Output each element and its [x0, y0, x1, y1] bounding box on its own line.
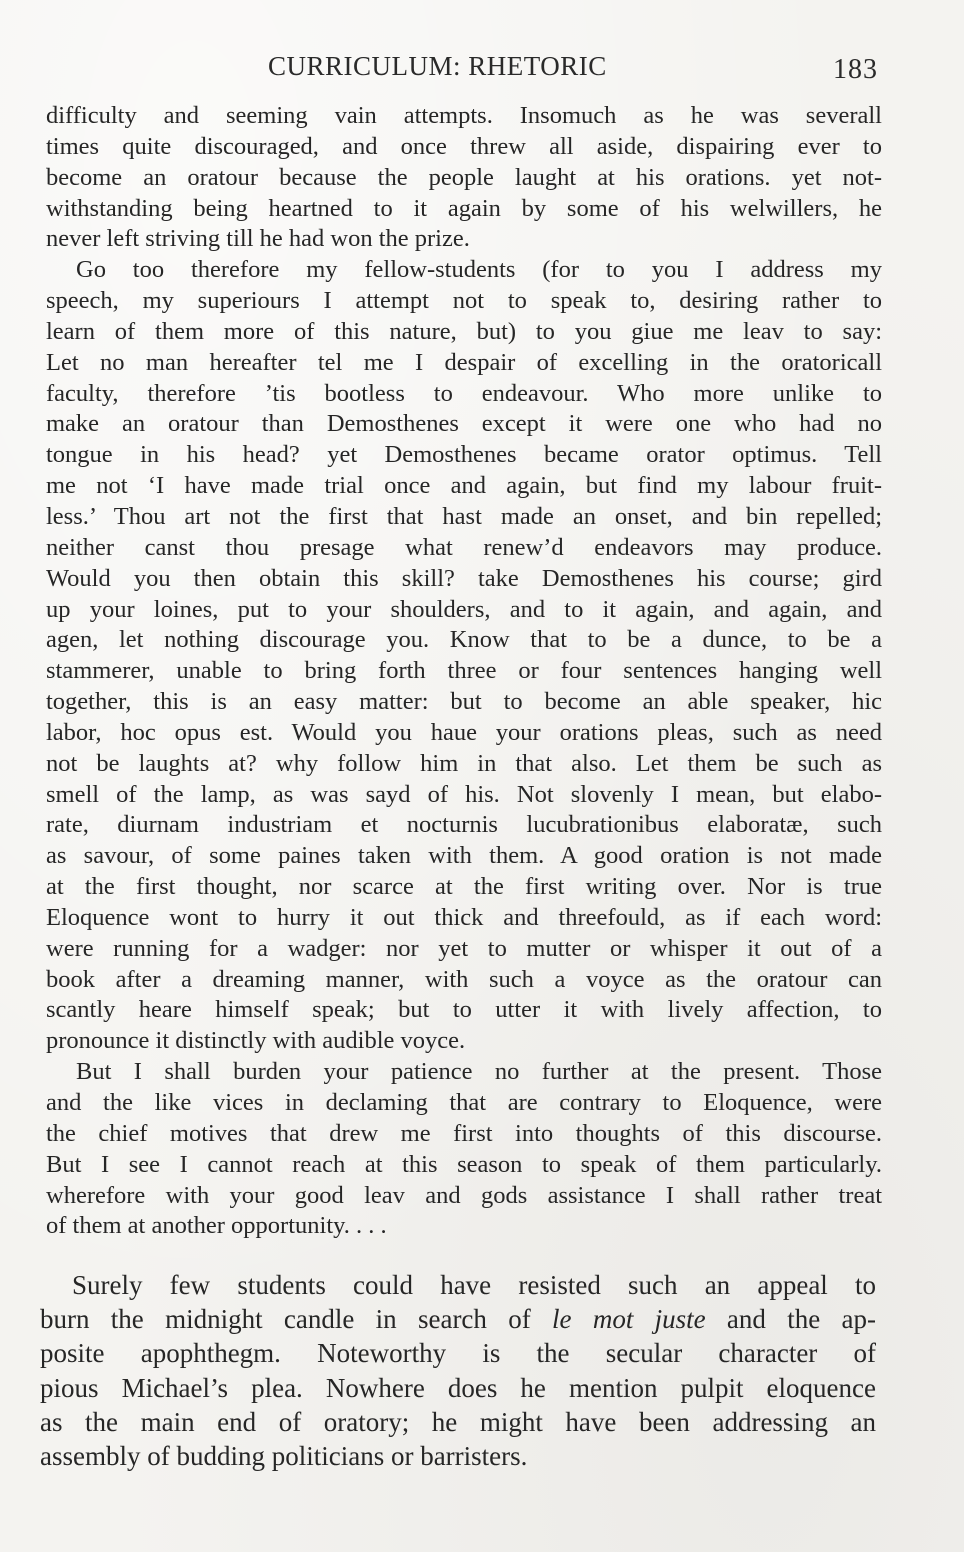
- text-line: wherefore with your good leav and gods a…: [46, 1181, 882, 1212]
- text-line: as savour, of some paines taken with the…: [46, 841, 882, 872]
- text-line: posite apophthegm. Noteworthy is the sec…: [40, 1336, 876, 1370]
- text-line: Surely few students could have resisted …: [40, 1268, 876, 1302]
- text-line: smell of the lamp, as was sayd of his. N…: [46, 780, 882, 811]
- book-page: CURRICULUM: RHETORIC 183 difficulty and …: [0, 0, 964, 1552]
- text-line: never left striving till he had won the …: [46, 224, 882, 255]
- text-run: and the ap-: [706, 1304, 876, 1334]
- text-line: Let no man hereafter tel me I despair of…: [46, 348, 882, 379]
- text-line: faculty, therefore ’tis bootless to ende…: [46, 379, 882, 410]
- text-line: not be laughts at? why follow him in tha…: [46, 749, 882, 780]
- text-line: rate, diurnam industriam et nocturnis lu…: [46, 810, 882, 841]
- text-line: tongue in his head? yet Demosthenes beca…: [46, 440, 882, 471]
- text-line: agen, let nothing discourage you. Know t…: [46, 625, 882, 656]
- text-line: at the first thought, nor scarce at the …: [46, 872, 882, 903]
- text-line: assembly of budding politicians or barri…: [40, 1439, 876, 1473]
- text-line: pronounce it distinctly with audible voy…: [46, 1026, 882, 1057]
- text-line: But I see I cannot reach at this season …: [46, 1150, 882, 1181]
- text-line: together, this is an easy matter: but to…: [46, 687, 882, 718]
- quote-paragraph-1: difficulty and seeming vain attempts. In…: [46, 101, 882, 255]
- text-line: the chief motives that drew me first int…: [46, 1119, 882, 1150]
- quote-paragraph-2: Go too therefore my fellow-students (for…: [46, 255, 882, 1057]
- text-line: stammerer, unable to bring forth three o…: [46, 656, 882, 687]
- text-line: as the main end of oratory; he might hav…: [40, 1405, 876, 1439]
- text-line: Eloquence wont to hurry it out thick and…: [46, 903, 882, 934]
- text-line: times quite discouraged, and once threw …: [46, 132, 882, 163]
- text-line: Go too therefore my fellow-students (for…: [46, 255, 882, 286]
- text-line: were running for a wadger: nor yet to mu…: [46, 934, 882, 965]
- text-line: learn of them more of this nature, but) …: [46, 317, 882, 348]
- running-head-title: CURRICULUM: RHETORIC: [268, 50, 607, 82]
- text-line: difficulty and seeming vain attempts. In…: [46, 101, 882, 132]
- text-line: speech, my superiours I attempt not to s…: [46, 286, 882, 317]
- quote-paragraph-3: But I shall burden your patience no furt…: [46, 1057, 882, 1242]
- text-line: labor, hoc opus est. Would you haue your…: [46, 718, 882, 749]
- text-line: up your loines, put to your shoulders, a…: [46, 595, 882, 626]
- text-line: make an oratour than Demosthenes except …: [46, 409, 882, 440]
- author-commentary: Surely few students could have resisted …: [40, 1268, 876, 1473]
- text-line: neither canst thou presage what renew’d …: [46, 533, 882, 564]
- text-line: me not ‘I have made trial once and again…: [46, 471, 882, 502]
- text-line: scantly heare himself speak; but to utte…: [46, 995, 882, 1026]
- text-run: burn the midnight candle in search of: [40, 1304, 552, 1334]
- text-line: pious Michael’s plea. Nowhere does he me…: [40, 1371, 876, 1405]
- text-line: burn the midnight candle in search of le…: [40, 1302, 876, 1336]
- quoted-speech: difficulty and seeming vain attempts. In…: [46, 101, 882, 1242]
- text-line: become an oratour because the people lau…: [46, 163, 882, 194]
- text-line: less.’ Thou art not the first that hast …: [46, 502, 882, 533]
- text-line: But I shall burden your patience no furt…: [46, 1057, 882, 1088]
- text-line: of them at another opportunity. . . .: [46, 1211, 882, 1242]
- page-number: 183: [833, 54, 878, 86]
- text-line: Would you then obtain this skill? take D…: [46, 564, 882, 595]
- italic-phrase: le mot juste: [552, 1304, 706, 1334]
- running-head: CURRICULUM: RHETORIC 183: [0, 50, 964, 86]
- text-line: and the like vices in declaming that are…: [46, 1088, 882, 1119]
- text-line: withstanding being heartned to it again …: [46, 194, 882, 225]
- text-line: book after a dreaming manner, with such …: [46, 965, 882, 996]
